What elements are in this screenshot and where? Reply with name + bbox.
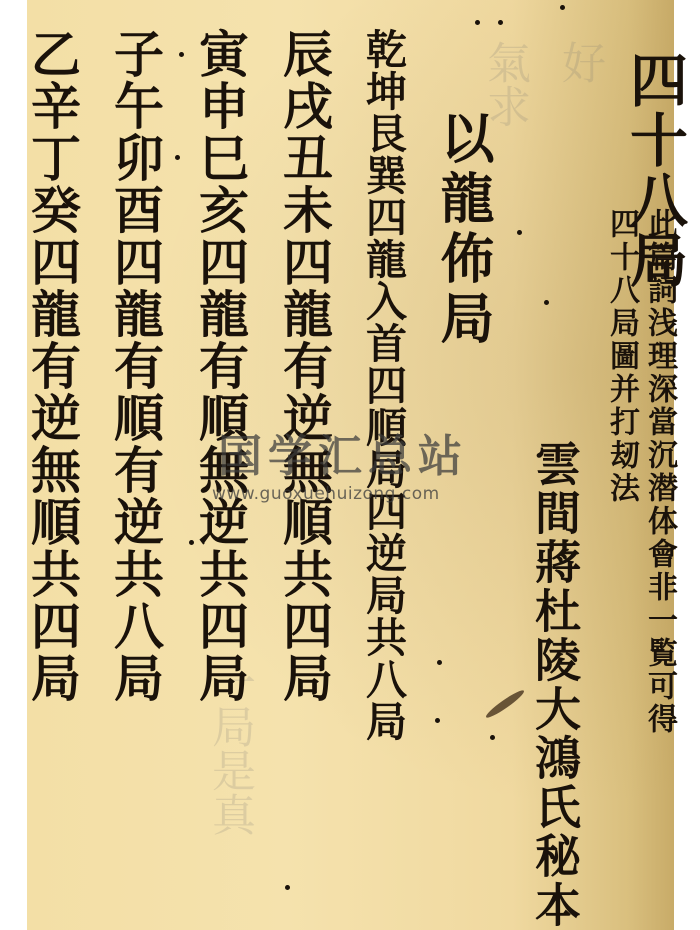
punctuation-dot [175, 155, 180, 160]
body-line: 寅申巳亥四龍有順無逆共四局 [195, 28, 245, 704]
punctuation-dot [189, 540, 194, 545]
body-line: 乙辛丁癸四龍有逆無順共四局 [27, 28, 77, 704]
punctuation-dot [435, 718, 440, 723]
punctuation-dot [179, 52, 184, 57]
ink-smudge [484, 688, 526, 721]
body-line: 乾坤艮巽四龍入首四順局四逆局共八局 [362, 28, 403, 742]
watermark-text: 国学汇总站 [218, 420, 468, 484]
punctuation-dot [285, 885, 290, 890]
section-heading: 以龍佈局 [437, 110, 491, 350]
punctuation-dot [475, 20, 480, 25]
title-note-left: 四十八局圖并打刼法 [599, 208, 643, 505]
body-line: 子午卯酉四龍有順有逆共八局 [110, 28, 160, 704]
punctuation-dot [560, 5, 565, 10]
title-note-right: 此篇詞浅理深當沉潜体會非一覧可得 [637, 208, 681, 736]
watermark-url: www.guoxuehuizong.com [212, 484, 440, 504]
bleed-through-text: 好 [557, 40, 601, 84]
attribution: 雲間蔣杜陵大鴻氏秘本 [522, 440, 588, 930]
body-line: 辰戌丑未四龍有逆無順共四局 [279, 28, 329, 704]
punctuation-dot [498, 20, 503, 25]
punctuation-dot [490, 735, 495, 740]
punctuation-dot [437, 660, 442, 665]
punctuation-dot [517, 230, 522, 235]
punctuation-dot [544, 300, 549, 305]
